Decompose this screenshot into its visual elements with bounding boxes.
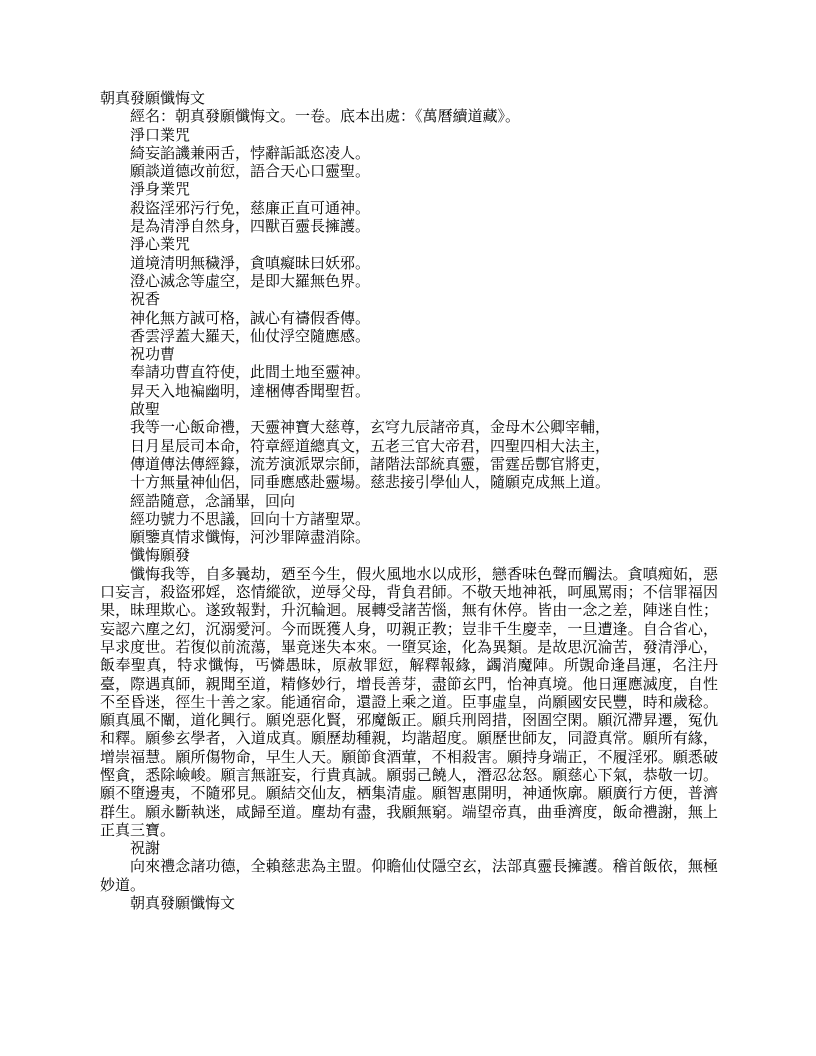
paragraph: 懺悔我等，自多曩劫，廼至今生，假火風地水以成形，戀香味色聲而觸法。貪嗔痴妬，惡口… [100,566,718,840]
paragraph: 淨口業咒 [100,127,718,145]
paragraph: 傳道傳法傳經籙，流芳演派眾宗師，諸階法部統真靈，雷霆岳鄷官將吏， [100,456,718,474]
paragraph: 經誥隨意，念誦畢，回向 [100,493,718,511]
paragraph: 祝功曹 [100,346,718,364]
paragraph: 是為清淨自然身，四獸百靈長擁護。 [100,218,718,236]
paragraph: 香雲浮蓋大羅天，仙仗浮空隨應感。 [100,328,718,346]
paragraph: 淨心業咒 [100,236,718,254]
paragraph: 祝謝 [100,840,718,858]
paragraph: 澄心滅念等虛空，是即大羅無色界。 [100,273,718,291]
paragraph: 朝真發願懺悔文 [100,895,718,913]
paragraph: 祝香 [100,291,718,309]
document-body: 經名：朝真發願懺悔文。一卷。底本出處：《萬曆續道藏》。 淨口業咒 綺妄諂譏兼兩舌… [100,108,718,913]
paragraph: 淨身業咒 [100,181,718,199]
paragraph: 綺妄諂譏兼兩舌，悖辭詬詆恣凌人。 [100,145,718,163]
paragraph: 我等一心飯命禮，天靈神寶大慈尊，玄穹九辰諸帝真，金母木公卿宰輔， [100,419,718,437]
document-page: 朝真發願懺悔文 經名：朝真發願懺悔文。一卷。底本出處：《萬曆續道藏》。 淨口業咒… [0,0,816,1056]
paragraph: 十方無量神仙侶，同垂應感赴靈場。慈悲接引學仙人，隨願克成無上道。 [100,474,718,492]
paragraph: 殺盜淫邪污行免，慈廉正直可通神。 [100,200,718,218]
document-title: 朝真發願懺悔文 [100,90,718,108]
paragraph: 啟聖 [100,401,718,419]
paragraph: 經功號力不思議，回向十方諸聖眾。 [100,511,718,529]
paragraph: 日月星辰司本命，符章經道總真文，五老三官大帝君，四聖四相大法主， [100,438,718,456]
paragraph: 道境清明無穢淨，貪嗔癡昧曰妖邪。 [100,255,718,273]
paragraph: 奉請功曹直符使，此間土地至靈神。 [100,364,718,382]
paragraph: 昇天入地褊幽明，達梱傳香聞聖哲。 [100,383,718,401]
paragraph: 神化無方誠可格，誠心有禱假香傳。 [100,310,718,328]
paragraph: 願談道德改前愆，語合天心口靈聖。 [100,163,718,181]
paragraph: 經名：朝真發願懺悔文。一卷。底本出處：《萬曆續道藏》。 [100,108,718,126]
paragraph: 向來禮念諸功德，全賴慈悲為主盟。仰瞻仙仗隱空玄，法部真靈長擁護。稽首飯依，無極妙… [100,858,718,895]
paragraph: 願鑒真情求懺悔，河沙罪障盡消除。 [100,529,718,547]
paragraph: 懺悔願發 [100,547,718,565]
